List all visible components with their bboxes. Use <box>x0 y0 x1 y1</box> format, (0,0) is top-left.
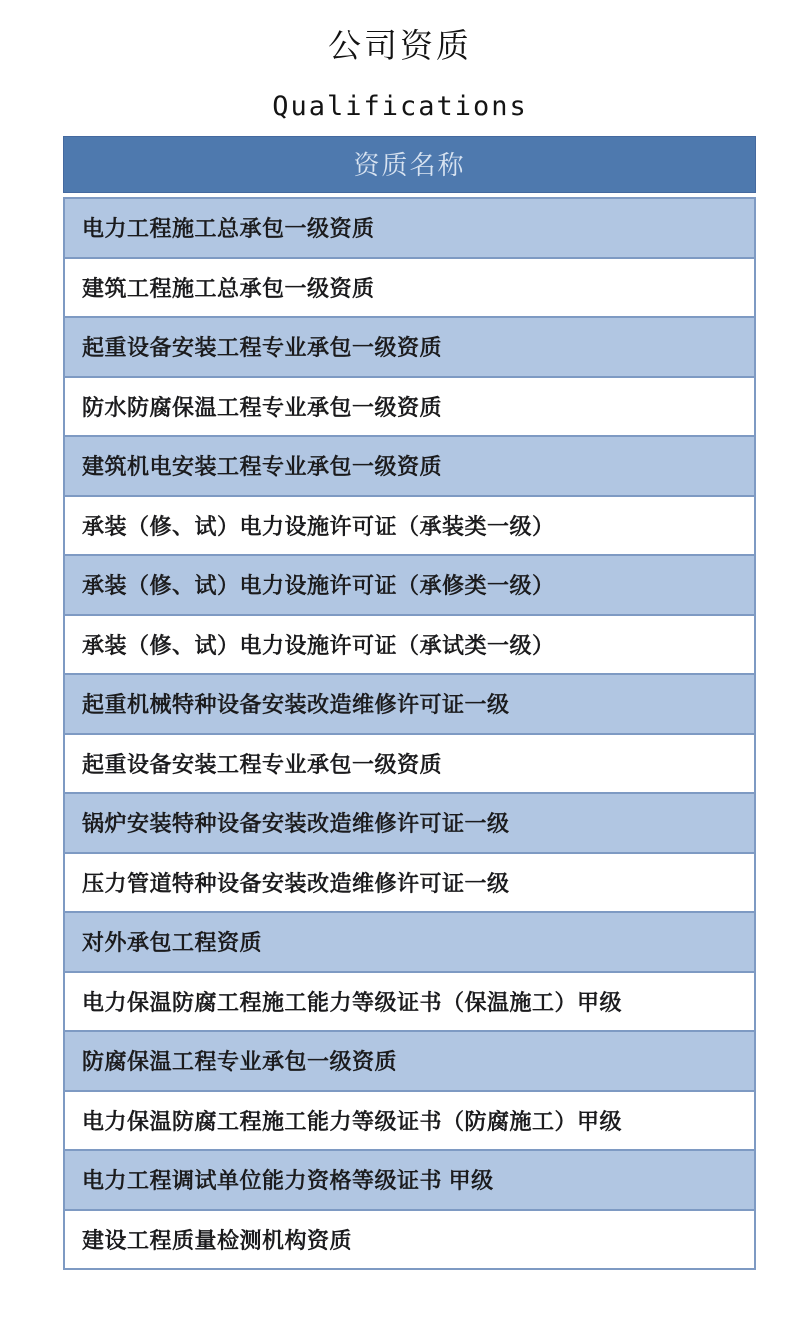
qualification-name: 电力保温防腐工程施工能力等级证书（保温施工）甲级 <box>65 986 622 1017</box>
table-row: 建设工程质量检测机构资质 <box>65 1211 754 1271</box>
table-row: 锅炉安装特种设备安装改造维修许可证一级 <box>65 794 754 854</box>
table-row: 电力工程调试单位能力资格等级证书 甲级 <box>65 1151 754 1211</box>
table-row: 电力保温防腐工程施工能力等级证书（保温施工）甲级 <box>65 973 754 1033</box>
table-row: 电力保温防腐工程施工能力等级证书（防腐施工）甲级 <box>65 1092 754 1152</box>
table-row: 防腐保温工程专业承包一级资质 <box>65 1032 754 1092</box>
qualification-name: 起重机械特种设备安装改造维修许可证一级 <box>65 688 510 719</box>
qualification-name: 承装（修、试）电力设施许可证（承试类一级） <box>65 629 555 660</box>
table-row: 建筑工程施工总承包一级资质 <box>65 259 754 319</box>
table-row: 起重设备安装工程专业承包一级资质 <box>65 735 754 795</box>
table-row: 承装（修、试）电力设施许可证（承修类一级） <box>65 556 754 616</box>
table-row: 承装（修、试）电力设施许可证（承试类一级） <box>65 616 754 676</box>
table-row: 压力管道特种设备安装改造维修许可证一级 <box>65 854 754 914</box>
qualification-name: 电力工程施工总承包一级资质 <box>65 212 375 243</box>
table-row: 电力工程施工总承包一级资质 <box>65 199 754 259</box>
qualifications-table: 资质名称 电力工程施工总承包一级资质 建筑工程施工总承包一级资质 起重设备安装工… <box>63 136 756 1270</box>
qualification-rows: 电力工程施工总承包一级资质 建筑工程施工总承包一级资质 起重设备安装工程专业承包… <box>63 197 756 1270</box>
qualification-name: 防腐保温工程专业承包一级资质 <box>65 1045 397 1076</box>
table-header: 资质名称 <box>63 136 756 193</box>
table-row: 起重机械特种设备安装改造维修许可证一级 <box>65 675 754 735</box>
qualification-name: 电力保温防腐工程施工能力等级证书（防腐施工）甲级 <box>65 1105 622 1136</box>
table-row: 防水防腐保温工程专业承包一级资质 <box>65 378 754 438</box>
table-row: 承装（修、试）电力设施许可证（承装类一级） <box>65 497 754 557</box>
table-row: 对外承包工程资质 <box>65 913 754 973</box>
qualification-name: 承装（修、试）电力设施许可证（承修类一级） <box>65 569 555 600</box>
table-row: 起重设备安装工程专业承包一级资质 <box>65 318 754 378</box>
qualification-name: 承装（修、试）电力设施许可证（承装类一级） <box>65 510 555 541</box>
qualification-name: 电力工程调试单位能力资格等级证书 甲级 <box>65 1164 494 1195</box>
qualification-name: 建筑机电安装工程专业承包一级资质 <box>65 450 442 481</box>
qualification-name: 锅炉安装特种设备安装改造维修许可证一级 <box>65 807 510 838</box>
qualification-name: 建设工程质量检测机构资质 <box>65 1224 352 1255</box>
qualification-name: 建筑工程施工总承包一级资质 <box>65 272 375 303</box>
qualification-name: 压力管道特种设备安装改造维修许可证一级 <box>65 867 510 898</box>
qualification-name: 防水防腐保温工程专业承包一级资质 <box>65 391 442 422</box>
table-row: 建筑机电安装工程专业承包一级资质 <box>65 437 754 497</box>
qualification-name: 对外承包工程资质 <box>65 926 262 957</box>
qualification-name: 起重设备安装工程专业承包一级资质 <box>65 331 442 362</box>
qualification-name: 起重设备安装工程专业承包一级资质 <box>65 748 442 779</box>
page-subtitle: Qualifications <box>0 90 800 124</box>
page-title: 公司资质 <box>0 26 800 66</box>
